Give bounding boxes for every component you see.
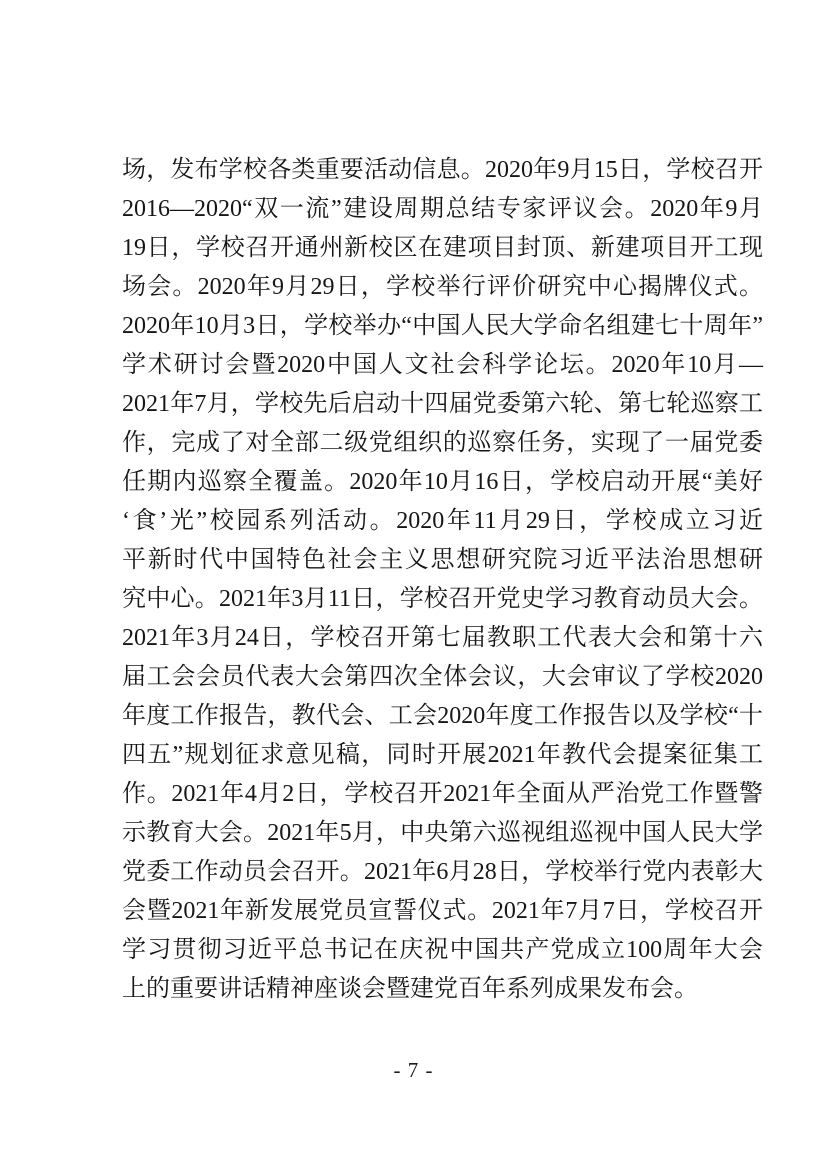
- text-line: 年度工作报告，教代会、工会2020年度工作报告以及学校“十: [122, 697, 763, 736]
- text-line: 场，发布学校各类重要活动信息。2020年9月15日，学校召开: [122, 151, 763, 190]
- text-line: 作，完成了对全部二级党组织的巡察任务，实现了一届党委: [122, 424, 763, 463]
- document-page: 场，发布学校各类重要活动信息。2020年9月15日，学校召开 2016—2020…: [0, 0, 827, 1170]
- text-line: 届工会会员代表大会第四次全体会议，大会审议了学校2020: [122, 658, 763, 697]
- text-line: 19日，学校召开通州新校区在建项目封顶、新建项目开工现: [122, 229, 763, 268]
- text-line: 党委工作动员会召开。2021年6月28日，学校举行党内表彰大: [122, 853, 763, 892]
- text-line: 2020年10月3日，学校举办“中国人民大学命名组建七十周年”: [122, 307, 763, 346]
- text-line: 2016—2020“双一流”建设周期总结专家评议会。2020年9月: [122, 190, 763, 229]
- text-line: 场会。2020年9月29日，学校举行评价研究中心揭牌仪式。: [122, 268, 763, 307]
- text-line: ‘食’光”校园系列活动。2020年11月29日，学校成立习近: [122, 502, 763, 541]
- text-line: 作。2021年4月2日，学校召开2021年全面从严治党工作暨警: [122, 775, 763, 814]
- text-line: 任期内巡察全覆盖。2020年10月16日，学校启动开展“美好: [122, 463, 763, 502]
- text-line: 究中心。2021年3月11日，学校召开党史学习教育动员大会。: [122, 580, 763, 619]
- text-line: 四五”规划征求意见稿，同时开展2021年教代会提案征集工: [122, 736, 763, 775]
- text-line: 会暨2021年新发展党员宣誓仪式。2021年7月7日，学校召开: [122, 892, 763, 931]
- text-line: 2021年7月，学校先后启动十四届党委第六轮、第七轮巡察工: [122, 385, 763, 424]
- text-line: 上的重要讲话精神座谈会暨建党百年系列成果发布会。: [122, 970, 763, 1009]
- text-line: 示教育大会。2021年5月，中央第六巡视组巡视中国人民大学: [122, 814, 763, 853]
- page-number: - 7 -: [0, 1056, 827, 1084]
- body-text: 场，发布学校各类重要活动信息。2020年9月15日，学校召开 2016—2020…: [122, 151, 763, 1009]
- text-line: 2021年3月24日，学校召开第七届教职工代表大会和第十六: [122, 619, 763, 658]
- text-line: 平新时代中国特色社会主义思想研究院习近平法治思想研: [122, 541, 763, 580]
- text-line: 学习贯彻习近平总书记在庆祝中国共产党成立100周年大会: [122, 931, 763, 970]
- text-line: 学术研讨会暨2020中国人文社会科学论坛。2020年10月—: [122, 346, 763, 385]
